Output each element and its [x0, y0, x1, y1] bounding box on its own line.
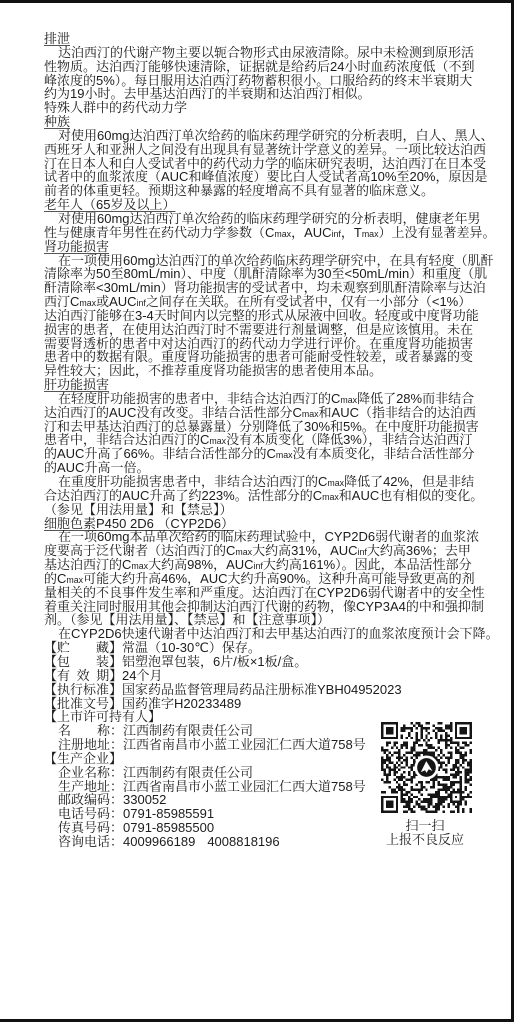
paragraph-line: 西班牙人和亚洲人之间没有出现具有显著统计学意义的差异。一项比较达泊西: [44, 143, 499, 157]
paragraph-line: 在一项使用60mg达泊西汀的单次给药临床药理学研究中，在具有轻度（肌酐: [44, 254, 499, 268]
paragraph-line: 峰浓度的5%）。每日服用达泊西汀药物蓄积很小。口服给药的终末半衰期大: [44, 74, 499, 88]
paragraph-line: 合达泊西汀的AUC升高了约223%。活性部分的Cmax和AUC也有相似的变化。: [44, 489, 499, 503]
field-key: 传真号码：: [58, 821, 123, 835]
spec-value: 24个月: [122, 668, 162, 683]
heading-text: 肾功能损害: [44, 239, 109, 254]
paragraph-line: 汀在日本人和白人受试者中的药代动力学的临床研究表明，达泊西汀在日本受: [44, 157, 499, 171]
heading-text: 排泄: [44, 31, 70, 46]
field-value: 0791-85985500: [123, 820, 214, 835]
field-value: 江西制药有限责任公司: [123, 723, 253, 738]
field-key: 咨询电话：: [58, 835, 123, 849]
paragraph-line: 着重关注同时服用其他会抑制达泊西汀代谢的药物，像CYP3A4的中和强抑制: [44, 600, 499, 614]
field-value: 江西省南昌市小蓝工业园汇仁西大道758号: [123, 737, 366, 752]
paragraph-line: 患者中，非结合达泊西汀的Cmax没有本质变化（降低3%），非结合达泊西汀: [44, 433, 499, 447]
field-key: 名 称：: [58, 724, 123, 738]
paragraph-line: 试者中的血浆浓度（AUC和峰值浓度）要比白人受试者高10%至20%，原因是: [44, 170, 499, 184]
paragraph-line: 在CYP2D6快速代谢者中达泊西汀和去甲基达泊西汀的血浆浓度预计会下降。: [44, 627, 499, 641]
section-heading-elderly: 老年人（65岁及以上）: [44, 198, 499, 212]
field-key: 邮政编码：: [58, 793, 123, 807]
page-frame-right-border: [511, 0, 514, 1022]
paragraph-line: 的Cmax可能大约升高46%，AUC大约升高90%。这种升高可能导致更高的剂: [44, 572, 499, 586]
paragraph-line: 在一项60mg本品单次给药的临床药理试验中，CYP2D6弱代谢者的血浆浓: [44, 530, 499, 544]
paragraph-line: 清除率为50至80mL/min）、中度（肌酐清除率为30至<50mL/min）和…: [44, 267, 499, 281]
spec-value: 常温（10-30℃）保存。: [122, 640, 261, 655]
paragraph-line: 酐清除率<30mL/min）肾功能损害的受试者中，均未观察到肌酐清除率与达泊: [44, 281, 499, 295]
heading-text: 细胞色素P450 2D6 （CYP2D6）: [44, 516, 234, 531]
paragraph-line: 基达泊西汀的Cmax大约高98%，AUCinf大约高161%）。因此，本品活性部…: [44, 558, 499, 572]
heading-text: 种族: [44, 114, 70, 129]
field-value: 江西省南昌市小蓝工业园汇仁西大道758号: [123, 779, 366, 794]
section-heading-hepatic-impairment: 肝功能损害: [44, 378, 499, 392]
field-key: 注册地址：: [58, 738, 123, 752]
paragraph-line: 性与健康青年男性在药代动力学参数（Cmax，AUCinf，Tmax）上没有显著差…: [44, 226, 499, 240]
paragraph-line: 前者的体重更轻。预期这种暴露的轻度增高不具有显著的临床意义。: [44, 184, 499, 198]
spec-value: 国药准字H20233489: [122, 696, 241, 711]
paragraph-line: 达泊西汀的AUC没有改变。非结合活性部分Cmax和AUC（指非结合的达泊西: [44, 406, 499, 420]
spec-label: 【批准文号】: [44, 697, 122, 711]
qr-caption-scan: 扫一扫: [376, 819, 474, 833]
paragraph-line: 达泊西汀的代谢产物主要以轭合物形式由尿液清除。尿中未检测到原形活: [44, 46, 499, 60]
paragraph-line: 性物质。达泊西汀能够快速清除，证据就是给药后24小时血药浓度低（不到: [44, 60, 499, 74]
section-heading-excretion: 排泄: [44, 32, 499, 46]
paragraph-line: 西汀Cmax或AUCinf之间存在关联。在所有受试者中，仅有一小部分（<1%）: [44, 295, 499, 309]
heading-text: 肝功能损害: [44, 377, 109, 392]
spec-label: 【执行标准】: [44, 683, 122, 697]
section-heading-cyp2d6: 细胞色素P450 2D6 （CYP2D6）: [44, 517, 499, 531]
spec-label: 【贮 藏】: [44, 641, 122, 655]
spec-label: 【包 装】: [44, 655, 122, 669]
field-value: 江西制药有限责任公司: [123, 765, 253, 780]
paragraph-line: 需要肾透析的患者中对达泊西汀的药代动力学进行评价。在重度肾功能损害: [44, 337, 499, 351]
spec-shelf-life: 【有 效 期】24个月: [44, 669, 499, 683]
report-logo-icon: [414, 755, 438, 779]
paragraph-line: 达泊西汀能够在3-4天时间内以完整的形式从尿液中回收。轻度或中度肾功能: [44, 309, 499, 323]
qr-caption-report-adverse-reaction: 上报不良反应: [376, 833, 474, 847]
spec-value: 铝塑泡罩包装，6片/板×1板/盒。: [122, 654, 307, 669]
page-frame-bottom-border: [0, 1019, 514, 1022]
cross-reference-line: （参见【用法用量】和【禁忌】）: [44, 503, 499, 517]
paragraph-line: 约为19小时。去甲基达泊西汀的半衰期和达泊西汀相似。: [44, 87, 499, 101]
section-heading-renal-impairment: 肾功能损害: [44, 240, 499, 254]
page-frame-top-border: [0, 0, 514, 3]
spec-standard: 【执行标准】国家药品监督管理局药品注册标准YBH04952023: [44, 683, 499, 697]
spec-packaging: 【包 装】铝塑泡罩包装，6片/板×1板/盒。: [44, 655, 499, 669]
section-heading-race: 种族: [44, 115, 499, 129]
paragraph-line: 汀和去甲基达泊西汀的总暴露量）分别降低了30%和5%。在中度肝功能损害: [44, 420, 499, 434]
paragraph-line: 异性较大；因此，不推荐重度肾功能损害的患者使用本品。: [44, 364, 499, 378]
field-key: 生产地址：: [58, 780, 123, 794]
paragraph-line: 度要高于泛代谢者（达泊西汀的Cmax大约高31%，AUCinf大约高36%；去甲: [44, 544, 499, 558]
cross-reference-line: 剂。（参见【用法用量】、【禁忌】和【注意事项】）: [44, 613, 499, 627]
spec-storage: 【贮 藏】常温（10-30℃）保存。: [44, 641, 499, 655]
qr-code-icon: [381, 722, 472, 813]
paragraph-line: 量相关的不良事件发生率和严重度。达泊西汀在CYP2D6弱代谢者中的安全性: [44, 586, 499, 600]
paragraph-line: 在重度肝功能损害患者中，非结合达泊西汀的Cmax降低了42%，但是非结: [44, 475, 499, 489]
paragraph-line: 的AUC升高一倍。: [44, 461, 499, 475]
paragraph-line: 对使用60mg达泊西汀单次给药的临床药理学研究的分析表明，健康老年男: [44, 212, 499, 226]
heading-text: 老年人（65岁及以上）: [44, 197, 175, 212]
field-value: 330052: [123, 792, 166, 807]
consultation-phone-2: 4008818196: [207, 834, 279, 849]
consultation-phone-1: 4009966189: [123, 834, 195, 849]
spec-approval-number: 【批准文号】国药准字H20233489: [44, 697, 499, 711]
subsection-title-special-populations: 特殊人群中的药代动力学: [44, 101, 499, 115]
field-key: 企业名称：: [58, 766, 123, 780]
paragraph-line: 在轻度肝功能损害的患者中，非结合达泊西汀的Cmax降低了28%而非结合: [44, 392, 499, 406]
paragraph-line: 损害的患者，在使用达泊西汀时不需要进行剂量调整，但是应该慎用。未在: [44, 323, 499, 337]
paragraph-line: 患者中的数据有限。重度肾功能损害的患者可能耐受性较差，或者暴露的变: [44, 350, 499, 364]
spec-label: 【有 效 期】: [44, 669, 122, 683]
field-key: 电话号码：: [58, 807, 123, 821]
field-value: 0791-85985591: [123, 806, 214, 821]
spec-value: 国家药品监督管理局药品注册标准YBH04952023: [122, 682, 402, 697]
paragraph-line: 的AUC升高了66%。非结合活性部分的Cmax没有本质变化，非结合活性部分: [44, 447, 499, 461]
paragraph-line: 对使用60mg达泊西汀单次给药的临床药理学研究的分析表明，白人、黑人、: [44, 129, 499, 143]
